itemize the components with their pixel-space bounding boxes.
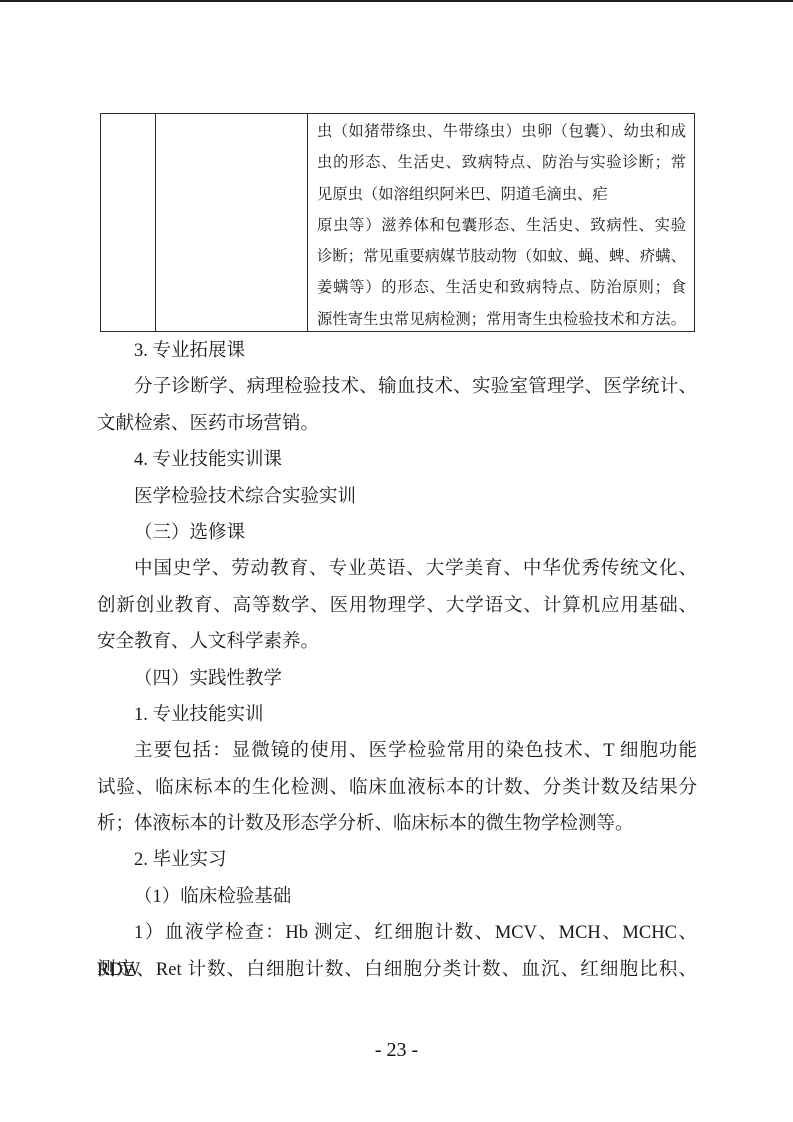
table-text-line: 见原虫（如溶组织阿米巴、阴道毛滴虫、疟 bbox=[317, 179, 686, 210]
parasitology-course-table: 虫（如猪带绦虫、牛带绦虫）虫卵（包囊）、幼虫和成虫的形态、生活史、致病特点、防治… bbox=[100, 113, 695, 332]
body-line: （1）临床检验基础 bbox=[97, 879, 697, 915]
body-line: 分子诊断学、病理检验技术、输血技术、实验室管理学、医学统计、 bbox=[97, 369, 697, 405]
body-line: 测定、Ret 计数、白细胞计数、白细胞分类计数、血沉、红细胞比积、 bbox=[97, 952, 697, 988]
body-line: 3. 专业拓展课 bbox=[97, 333, 697, 369]
body-line: 创新创业教育、高等数学、医用物理学、大学语文、计算机应用基础、 bbox=[97, 588, 697, 624]
table-text-line: 源性寄生虫常见病检测；常用寄生虫检验技术和方法。 bbox=[317, 304, 686, 331]
body-line: （四）实践性教学 bbox=[97, 661, 697, 697]
table-text-line: 姜螨等）的形态、生活史和致病特点、防治原则；食 bbox=[317, 272, 686, 303]
document-page: 虫（如猪带绦虫、牛带绦虫）虫卵（包囊）、幼虫和成虫的形态、生活史、致病特点、防治… bbox=[0, 0, 793, 1122]
body-line: （三）选修课 bbox=[97, 515, 697, 551]
page-number: - 23 - bbox=[0, 1039, 793, 1061]
table-cell-empty-1 bbox=[101, 114, 156, 331]
table-text-line: 虫的形态、生活史、致病特点、防治与实验诊断；常 bbox=[317, 147, 686, 178]
body-line: 1. 专业技能实训 bbox=[97, 697, 697, 733]
body-line: 1）血液学检查：Hb 测定、红细胞计数、MCV、MCH、MCHC、RDW bbox=[97, 915, 697, 951]
body-line: 中国史学、劳动教育、专业英语、大学美育、中华优秀传统文化、 bbox=[97, 551, 697, 587]
table-text-line: 虫（如猪带绦虫、牛带绦虫）虫卵（包囊）、幼虫和成 bbox=[317, 116, 686, 147]
table-cell-empty-2 bbox=[156, 114, 308, 331]
body-line: 文献检索、医药市场营销。 bbox=[97, 406, 697, 442]
body-text: 3. 专业拓展课分子诊断学、病理检验技术、输血技术、实验室管理学、医学统计、文献… bbox=[97, 333, 697, 988]
body-line: 主要包括：显微镜的使用、医学检验常用的染色技术、T 细胞功能 bbox=[97, 733, 697, 769]
body-line: 2. 毕业实习 bbox=[97, 842, 697, 878]
body-line: 4. 专业技能实训课 bbox=[97, 442, 697, 478]
body-line: 试验、临床标本的生化检测、临床血液标本的计数、分类计数及结果分 bbox=[97, 770, 697, 806]
table-text-line: 原虫等）滋养体和包囊形态、生活史、致病性、实验 bbox=[317, 210, 686, 241]
table-cell-content: 虫（如猪带绦虫、牛带绦虫）虫卵（包囊）、幼虫和成虫的形态、生活史、致病特点、防治… bbox=[308, 114, 694, 331]
body-line: 安全教育、人文科学素养。 bbox=[97, 624, 697, 660]
page-top-edge-line bbox=[0, 0, 793, 2]
body-line: 析；体液标本的计数及形态学分析、临床标本的微生物学检测等。 bbox=[97, 806, 697, 842]
table-text-line: 诊断；常见重要病媒节肢动物（如蚊、蝇、蜱、疥螨、 bbox=[317, 241, 686, 272]
body-line: 医学检验技术综合实验实训 bbox=[97, 479, 697, 515]
